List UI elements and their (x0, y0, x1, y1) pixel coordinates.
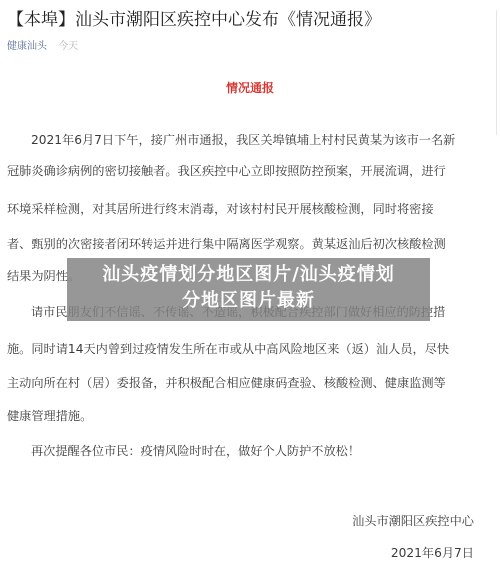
signature-date: 2021年6月7日 (391, 545, 474, 561)
scrollbar-track[interactable] (496, 10, 497, 135)
watermark-overlay: 汕头疫情划分地区图片/汕头疫情划 分地区图片最新 (67, 258, 430, 321)
article-meta: 健康汕头 今天 (7, 40, 78, 54)
author-link[interactable]: 健康汕头 (7, 41, 47, 52)
paragraph-line: 健康管理措施。 (7, 408, 92, 424)
paragraph-line: 者、甄别的次密接者闭环转运并进行集中隔离医学观察。黄某返汕后初次核酸检测 (7, 236, 446, 252)
document-heading: 情况通报 (0, 80, 500, 96)
paragraph-line: 环境采样检测，对其居所进行终末消毒，对该村村民开展核酸检测，同时将密接 (7, 201, 434, 217)
paragraph-line: 冠肺炎确诊病例的密切接触者。我区疾控中心立即按照防控预案，开展流调，进行 (7, 163, 446, 179)
article-title: 【本埠】汕头市潮阳区疾控中心发布《情况通报》 (7, 8, 381, 32)
paragraph-line: 主动向所在村（居）委报备，并积极配合相应健康码查验、核酸检测、健康监测等 (7, 375, 446, 391)
overlay-title-line-1: 汕头疫情划分地区图片/汕头疫情划 (67, 262, 430, 288)
publish-date: 今天 (58, 41, 78, 52)
paragraph-line: 施。同时请14天内曾到过疫情发生所在市或从中高风险地区来（返）汕人员，尽快 (7, 341, 449, 357)
overlay-title-line-2: 分地区图片最新 (67, 288, 430, 314)
paragraph-line: 2021年6月7日下午，接广州市通报，我区关埠镇埔上村村民黄某为该市一名新 (31, 132, 455, 148)
signature-org: 汕头市潮阳区疾控中心 (352, 513, 474, 529)
paragraph-line: 再次提醒各位市民：疫情风险时时在，做好个人防护不放松！ (31, 443, 360, 459)
